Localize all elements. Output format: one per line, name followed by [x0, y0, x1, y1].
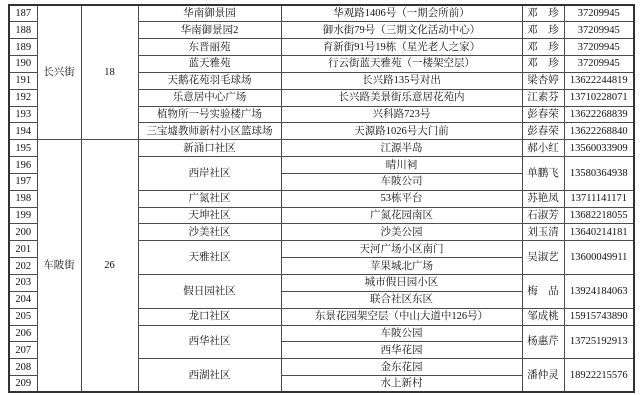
venues-table: 187长兴街18华南御景园华观路1406号（一期会所前）邓 珍372099451…: [8, 4, 635, 393]
address-cell: 御水街79号（三期文化活动中心）: [281, 22, 522, 39]
phone-cell: 13560033909: [564, 140, 634, 157]
row-number-cell: 204: [9, 291, 37, 308]
contact-cell: 吴淑艺: [522, 241, 564, 275]
table-row: 187长兴街18华南御景园华观路1406号（一期会所前）邓 珍37209945: [9, 5, 634, 22]
address-cell: 水上新村: [281, 376, 522, 393]
row-number-cell: 203: [9, 275, 37, 292]
contact-cell: 邓 珍: [522, 39, 564, 56]
address-cell: 长兴路美景街乐意居花苑内: [281, 89, 522, 106]
address-cell: 车陂公园: [281, 325, 522, 342]
street-name-cell: 车陂街: [37, 140, 81, 393]
row-number-cell: 198: [9, 190, 37, 207]
venue-cell: 假日园社区: [138, 275, 281, 309]
contact-cell: 苏艳凤: [522, 190, 564, 207]
row-number-cell: 195: [9, 140, 37, 157]
phone-cell: 18922215576: [564, 359, 634, 393]
phone-cell: 13682218055: [564, 207, 634, 224]
row-number-cell: 191: [9, 72, 37, 89]
contact-cell: 江素芬: [522, 89, 564, 106]
venue-cell: 植物所一号实验楼广场: [138, 106, 281, 123]
row-number-cell: 208: [9, 359, 37, 376]
phone-cell: 37209945: [564, 5, 634, 22]
phone-cell: 37209945: [564, 39, 634, 56]
contact-cell: 梅 品: [522, 275, 564, 309]
street-count-cell: 18: [81, 5, 138, 140]
phone-cell: 13580364938: [564, 157, 634, 191]
phone-cell: 13711141171: [564, 190, 634, 207]
row-number-cell: 196: [9, 157, 37, 174]
venue-cell: 天鹅花苑羽毛球场: [138, 72, 281, 89]
contact-cell: 潘仲灵: [522, 359, 564, 393]
address-cell: 晴川祠: [281, 157, 522, 174]
row-number-cell: 201: [9, 241, 37, 258]
row-number-cell: 192: [9, 89, 37, 106]
venue-cell: 广氮社区: [138, 190, 281, 207]
address-cell: 西华花园: [281, 342, 522, 359]
contact-cell: 彭春荣: [522, 106, 564, 123]
contact-cell: 彭春荣: [522, 123, 564, 140]
row-number-cell: 199: [9, 207, 37, 224]
phone-cell: 13622268839: [564, 106, 634, 123]
contact-cell: 邓 珍: [522, 22, 564, 39]
venue-cell: 天雅社区: [138, 241, 281, 275]
phone-cell: 13640214181: [564, 224, 634, 241]
street-count-cell: 26: [81, 140, 138, 393]
venue-cell: 西华社区: [138, 325, 281, 359]
contact-cell: 杨惠芹: [522, 325, 564, 359]
venue-cell: 蓝天雅苑: [138, 56, 281, 73]
address-cell: 江源半岛: [281, 140, 522, 157]
row-number-cell: 200: [9, 224, 37, 241]
contact-cell: 石淑芳: [522, 207, 564, 224]
street-name-cell: 长兴街: [37, 5, 81, 140]
phone-cell: 13622268840: [564, 123, 634, 140]
phone-cell: 13600049911: [564, 241, 634, 275]
contact-cell: 梁杏婷: [522, 72, 564, 89]
address-cell: 天河广场小区南门: [281, 241, 522, 258]
address-cell: 车陂公司: [281, 173, 522, 190]
table-row: 195车陂街26新涌口社区江源半岛郝小红13560033909: [9, 140, 634, 157]
venue-cell: 华南御景园2: [138, 22, 281, 39]
row-number-cell: 207: [9, 342, 37, 359]
row-number-cell: 189: [9, 39, 37, 56]
venue-cell: 西湖社区: [138, 359, 281, 393]
phone-cell: 37209945: [564, 22, 634, 39]
address-cell: 东景花园架空层（中山大道中126号）: [281, 308, 522, 325]
venue-cell: 乐意居中心广场: [138, 89, 281, 106]
row-number-cell: 187: [9, 5, 37, 22]
row-number-cell: 202: [9, 258, 37, 275]
address-cell: 育新街91号19栋（星光老人之家）: [281, 39, 522, 56]
row-number-cell: 193: [9, 106, 37, 123]
venue-cell: 天坤社区: [138, 207, 281, 224]
address-cell: 金东花园: [281, 359, 522, 376]
venue-cell: 华南御景园: [138, 5, 281, 22]
row-number-cell: 206: [9, 325, 37, 342]
address-cell: 天源路1026号大门前: [281, 123, 522, 140]
contact-cell: 单鹏飞: [522, 157, 564, 191]
address-cell: 联合社区东区: [281, 291, 522, 308]
contact-cell: 邓 珍: [522, 5, 564, 22]
row-number-cell: 188: [9, 22, 37, 39]
contact-cell: 邹成桃: [522, 308, 564, 325]
venue-cell: 沙美社区: [138, 224, 281, 241]
table-body: 187长兴街18华南御景园华观路1406号（一期会所前）邓 珍372099451…: [9, 5, 634, 392]
address-cell: 长兴路135号对出: [281, 72, 522, 89]
contact-cell: 郝小红: [522, 140, 564, 157]
contact-cell: 邓 珍: [522, 56, 564, 73]
contact-cell: 刘玉清: [522, 224, 564, 241]
address-cell: 广氮花园南区: [281, 207, 522, 224]
address-cell: 兴科路723号: [281, 106, 522, 123]
row-number-cell: 190: [9, 56, 37, 73]
address-cell: 华观路1406号（一期会所前）: [281, 5, 522, 22]
row-number-cell: 205: [9, 308, 37, 325]
venue-cell: 东晋丽苑: [138, 39, 281, 56]
phone-cell: 13710228071: [564, 89, 634, 106]
phone-cell: 37209945: [564, 56, 634, 73]
venue-cell: 西岸社区: [138, 157, 281, 191]
address-cell: 沙美公园: [281, 224, 522, 241]
phone-cell: 13725192913: [564, 325, 634, 359]
phone-cell: 15915743890: [564, 308, 634, 325]
row-number-cell: 209: [9, 376, 37, 393]
venue-cell: 龙口社区: [138, 308, 281, 325]
venue-cell: 三宝墟教师新村小区篮球场: [138, 123, 281, 140]
document-page: 187长兴街18华南御景园华观路1406号（一期会所前）邓 珍372099451…: [0, 0, 640, 395]
address-cell: 城市假日园小区: [281, 275, 522, 292]
row-number-cell: 197: [9, 173, 37, 190]
phone-cell: 13622244819: [564, 72, 634, 89]
address-cell: 行云街蓝天雅苑（一楼架空层）: [281, 56, 522, 73]
row-number-cell: 194: [9, 123, 37, 140]
venue-cell: 新涌口社区: [138, 140, 281, 157]
address-cell: 苹果城北广场: [281, 258, 522, 275]
address-cell: 53栋平台: [281, 190, 522, 207]
phone-cell: 13924184063: [564, 275, 634, 309]
